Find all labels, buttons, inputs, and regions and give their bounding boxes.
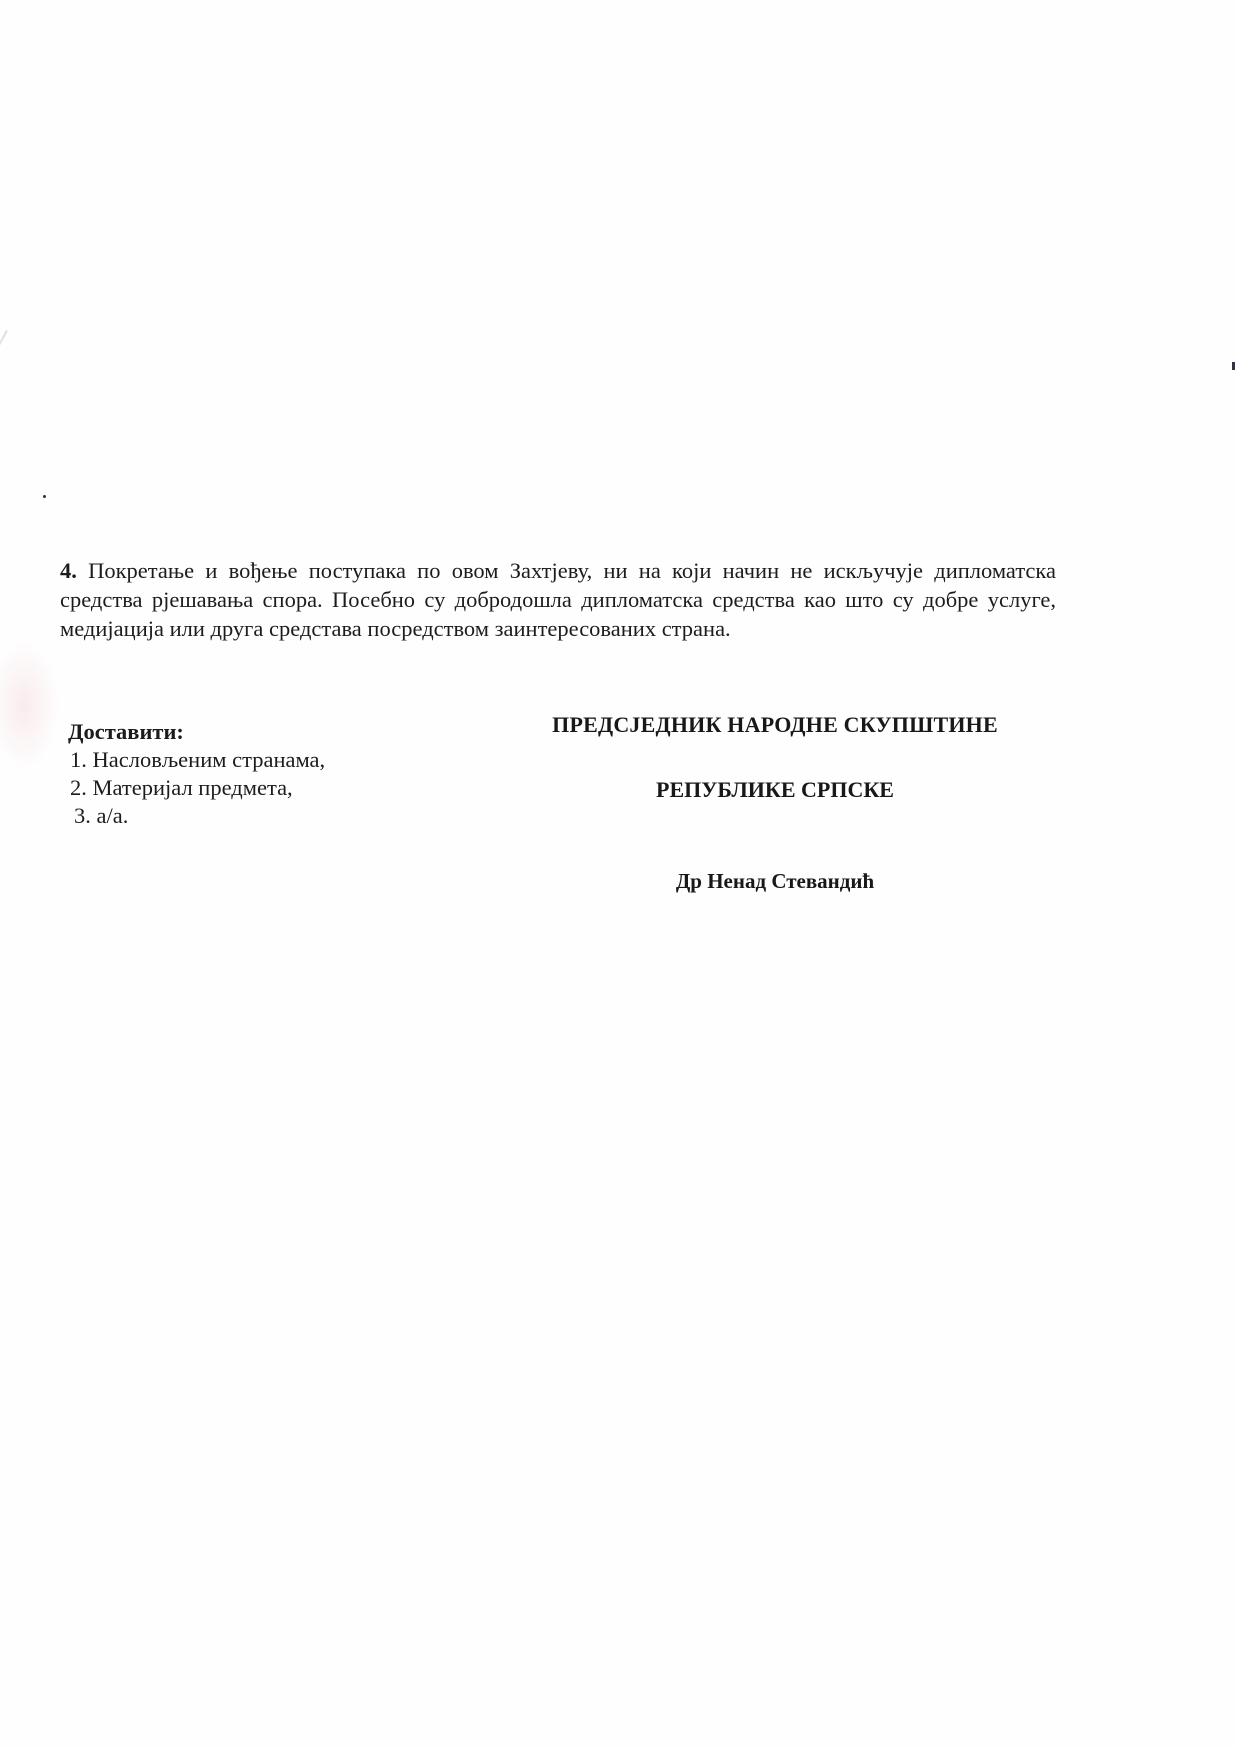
document-page: 4. Покретање и вођење поступака по овом … — [0, 0, 1235, 1748]
delivery-item: 3. а/а. — [68, 802, 325, 830]
scan-mark — [0, 330, 8, 384]
delivery-heading: Доставити: — [68, 718, 325, 746]
scan-smudge — [0, 640, 60, 770]
delivery-item: 1. Насловљеним странама, — [68, 746, 325, 774]
signatory-name: Др Ненад Стевандић — [500, 869, 1050, 894]
delivery-list: Доставити: 1. Насловљеним странама, 2. М… — [68, 718, 325, 830]
paragraph-number: 4. — [60, 558, 77, 583]
signature-title-line1: ПРЕДСЈЕДНИК НАРОДНЕ СКУПШТИНЕ — [500, 712, 1050, 738]
paragraph-text: Покретање и вођење поступака по овом Зах… — [60, 558, 1056, 641]
paragraph-4: 4. Покретање и вођење поступака по овом … — [60, 556, 1056, 643]
delivery-item: 2. Материјал предмета, — [68, 774, 325, 802]
scan-dot — [43, 495, 46, 498]
signature-title-line2: РЕПУБЛИКЕ СРПСКЕ — [500, 777, 1050, 803]
